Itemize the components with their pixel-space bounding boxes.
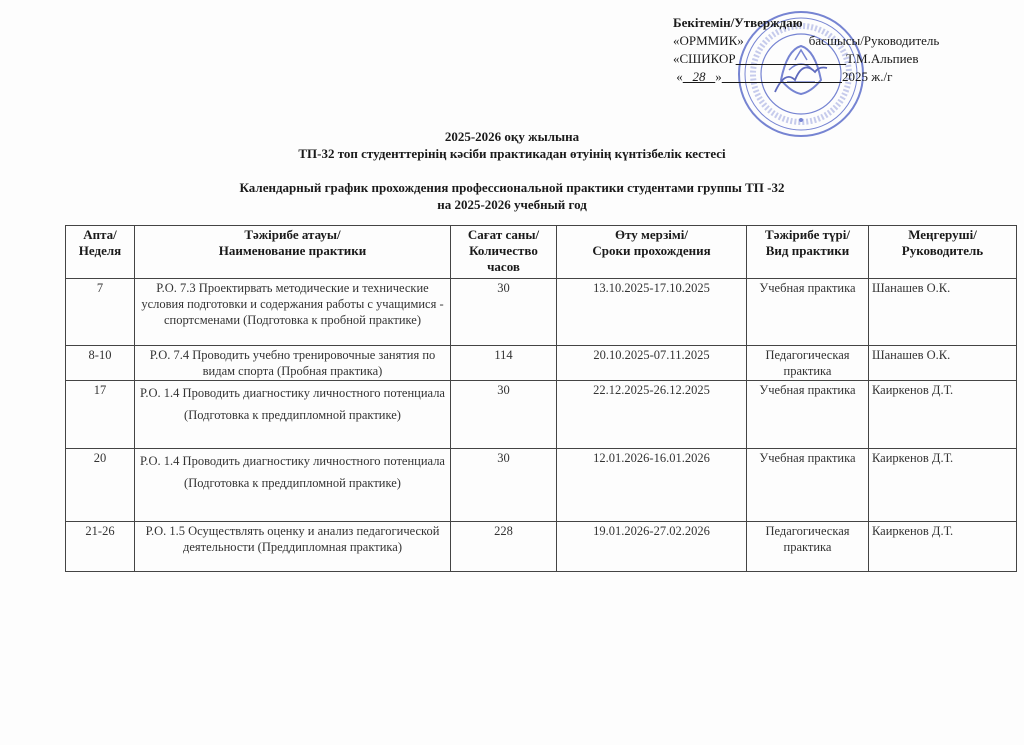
approval-day: 28 [693,69,706,84]
cell-period: 20.10.2025-07.11.2025 [557,346,747,381]
approval-line-1: «ОРММИК» басшысы/Руководитель [673,32,939,50]
document-titles: 2025-2026 оқу жылына ТП-32 топ студентте… [0,128,1024,213]
position-label: басшысы/Руководитель [809,33,940,48]
cell-week: 8-10 [66,346,135,381]
table-row: 8-10 Р.О. 7.4 Проводить учебно тренирово… [66,346,1017,381]
approval-year: 2025 ж./г [842,69,892,84]
table-row: 20 Р.О. 1.4 Проводить диагностику личнос… [66,449,1017,522]
cell-hours: 30 [451,449,557,522]
practice-schedule-table: Апта/Неделя Тәжірибе атауы/Наименование … [65,225,1017,572]
approval-line-3: « 28 » 2025 ж./г [673,68,939,86]
cell-period: 22.12.2025-26.12.2025 [557,381,747,449]
cell-practice-type: Учебная практика [747,381,869,449]
table-row: 7 Р.О. 7.3 Проектирвать методические и т… [66,279,1017,346]
cell-supervisor: Каиркенов Д.Т. [869,522,1017,572]
header-supervisor: Меңгеруші/Руководитель [869,226,1017,279]
approval-block: Бекітемін/Утверждаю «ОРММИК» басшысы/Рук… [673,14,939,86]
cell-practice-name: Р.О. 7.4 Проводить учебно тренировочные … [135,346,451,381]
cell-practice-name: Р.О. 1.5 Осуществлять оценку и анализ пе… [135,522,451,572]
organization-short-2: «СШИКОР [673,51,736,66]
title-kz-line-2: ТП-32 топ студенттерінің кәсіби практика… [0,145,1024,162]
cell-supervisor: Шанашев О.К. [869,279,1017,346]
cell-supervisor: Каиркенов Д.Т. [869,449,1017,522]
title-kz-line-1: 2025-2026 оқу жылына [0,128,1024,145]
cell-hours: 228 [451,522,557,572]
organization-short: «ОРММИК» [673,33,744,48]
cell-supervisor: Каиркенов Д.Т. [869,381,1017,449]
header-practice-type: Тәжірибе түрі/Вид практики [747,226,869,279]
cell-week: 21-26 [66,522,135,572]
cell-period: 13.10.2025-17.10.2025 [557,279,747,346]
cell-hours: 114 [451,346,557,381]
title-ru-line-2: на 2025-2026 учебный год [0,196,1024,213]
cell-practice-name: Р.О. 7.3 Проектирвать методические и тех… [135,279,451,346]
cell-practice-type: Учебная практика [747,449,869,522]
cell-supervisor: Шанашев О.К. [869,346,1017,381]
cell-hours: 30 [451,381,557,449]
cell-week: 17 [66,381,135,449]
cell-week: 7 [66,279,135,346]
approval-title: Бекітемін/Утверждаю [673,14,939,32]
table-row: 21-26 Р.О. 1.5 Осуществлять оценку и ана… [66,522,1017,572]
header-hours: Сағат саны/Количествочасов [451,226,557,279]
cell-practice-name: Р.О. 1.4 Проводить диагностику личностно… [135,449,451,522]
cell-practice-type: Учебная практика [747,279,869,346]
approval-line-2: «СШИКОР Т.М.Альпиев [673,50,939,68]
table-header-row: Апта/Неделя Тәжірибе атауы/Наименование … [66,226,1017,279]
cell-period: 19.01.2026-27.02.2026 [557,522,747,572]
signatory-name: Т.М.Альпиев [846,51,918,66]
title-ru-line-1: Календарный график прохождения профессио… [0,179,1024,196]
cell-practice-name: Р.О. 1.4 Проводить диагностику личностно… [135,381,451,449]
cell-week: 20 [66,449,135,522]
cell-hours: 30 [451,279,557,346]
cell-period: 12.01.2026-16.01.2026 [557,449,747,522]
cell-practice-type: Педагогическая практика [747,522,869,572]
table-row: 17 Р.О. 1.4 Проводить диагностику личнос… [66,381,1017,449]
header-week: Апта/Неделя [66,226,135,279]
header-period: Өту мерзімі/Сроки прохождения [557,226,747,279]
cell-practice-type: Педагогическая практика [747,346,869,381]
header-practice-name: Тәжірибе атауы/Наименование практики [135,226,451,279]
